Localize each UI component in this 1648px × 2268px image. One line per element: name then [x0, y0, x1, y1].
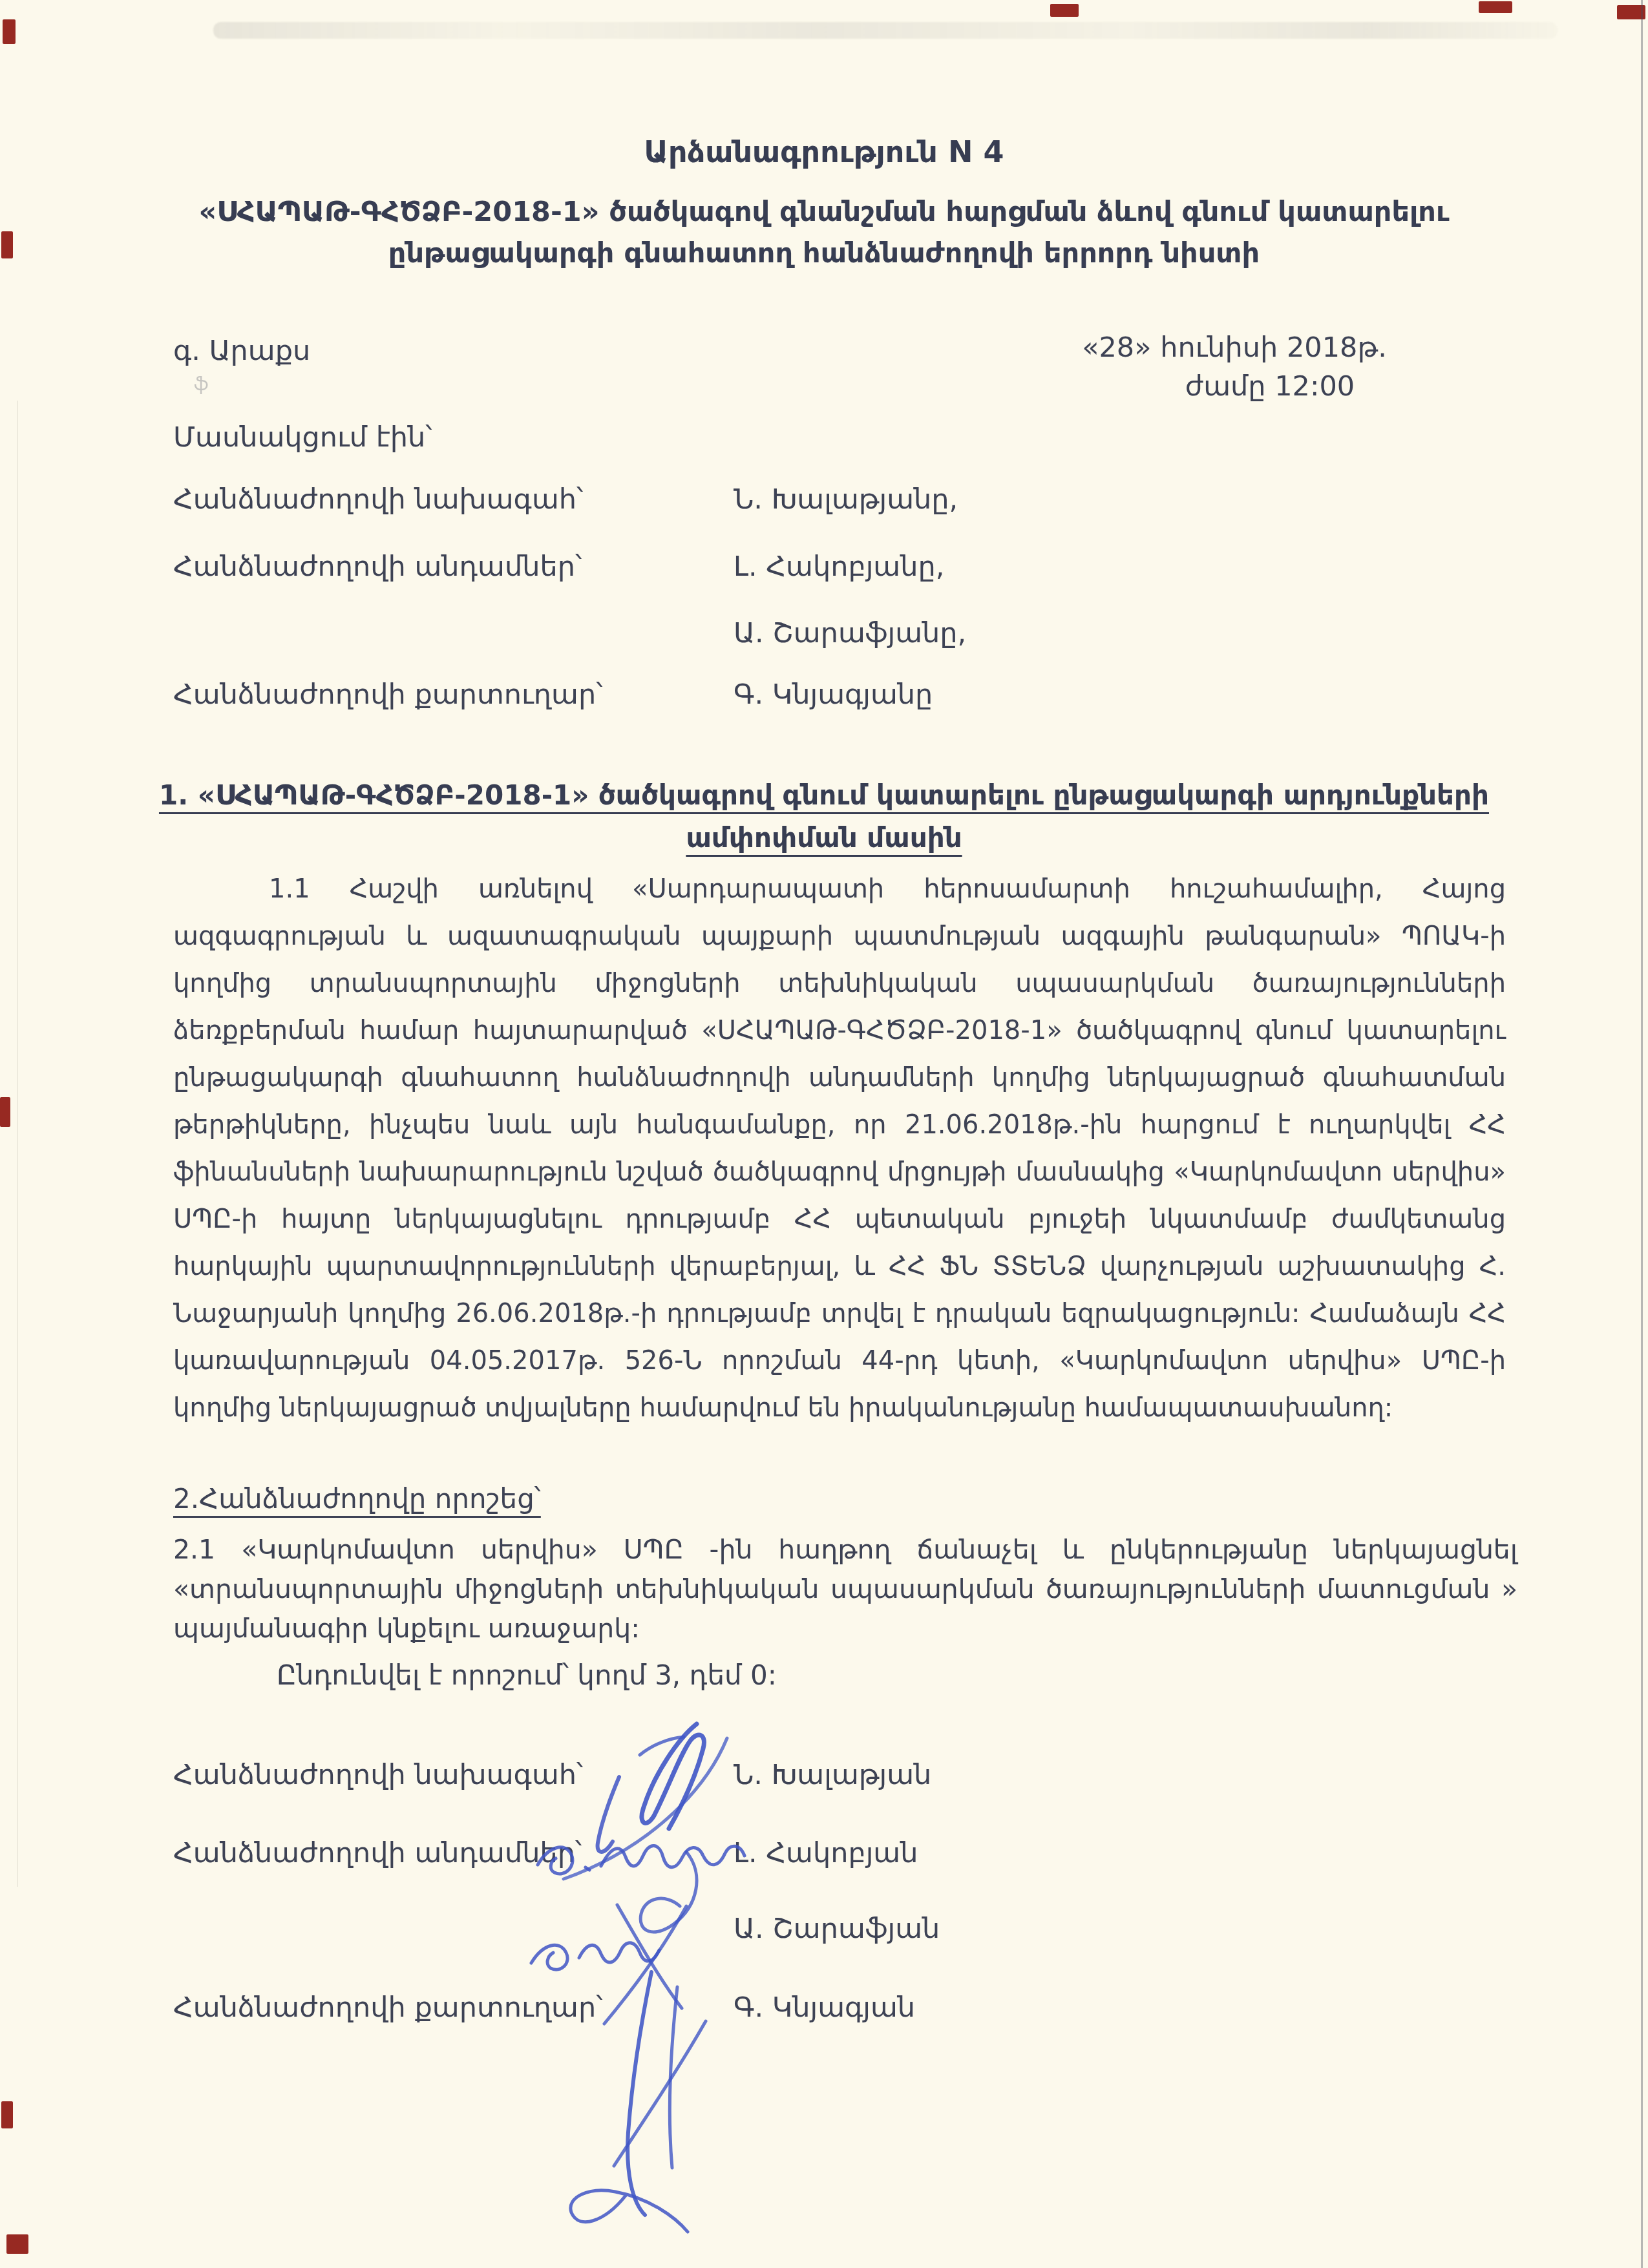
- scan-artifact-red-mark: [0, 1097, 10, 1127]
- section1-heading-text: 1. «ՍՀԱՊԱԹ-ԳՀԾՁԲ-2018-1» ծածկագրով գնում…: [159, 779, 1489, 854]
- scan-edge-line: [1641, 0, 1643, 2268]
- scan-edge-line: [17, 401, 18, 1887]
- signature-row: Հանձնաժողովի նախագահ՝ Ն. Խալաթյան: [173, 1759, 1511, 1796]
- signature-name: Ա. Շարաֆյան: [734, 1913, 940, 1945]
- participant-name: Ա. Շարաֆյանը,: [734, 617, 966, 649]
- scanned-protocol-document: Արձանագրություն N 4 «ՍՀԱՊԱԹ-ԳՀԾՁԲ-2018-1…: [0, 0, 1648, 2268]
- participant-role: Հանձնաժողովի անդամներ՝: [173, 551, 582, 583]
- signature-role: Հանձնաժողովի անդամներ՝: [173, 1837, 582, 1869]
- signature-role: Հանձնաժողովի քարտուղար՝: [173, 1991, 602, 2024]
- participant-row: Հանձնաժողովի անդամներ՝ Լ. Հակոբյանը,: [173, 551, 1511, 588]
- paragraph-2-1: 2.1 «Կարկոմավտո սերվիս» ՍՊԸ -ին հաղթող ճ…: [173, 1530, 1517, 1648]
- document-date-block: «28» հունիսի 2018թ. ժամը 12:00: [1060, 328, 1409, 406]
- signature-row: Հանձնաժողովի քարտուղար՝ Գ. Կնյագյան: [173, 1991, 1511, 2029]
- scan-artifact-red-mark: [1, 231, 13, 258]
- scan-artifact-red-mark: [1479, 1, 1512, 13]
- signature-name: Գ. Կնյագյան: [734, 1991, 915, 2024]
- signature-role: Հանձնաժողովի նախագահ՝: [173, 1759, 583, 1791]
- participant-name: Գ. Կնյագյանը: [734, 678, 933, 711]
- participant-row: Հանձնաժողովի քարտուղար՝ Գ. Կնյագյանը: [173, 678, 1511, 716]
- scan-ghost-mark: ֆ: [194, 373, 209, 395]
- participant-name: Լ. Հակոբյանը,: [734, 551, 944, 583]
- section1-heading: 1. «ՍՀԱՊԱԹ-ԳՀԾՁԲ-2018-1» ծածկագրով գնում…: [152, 774, 1496, 859]
- section2-heading: 2.Հանձնաժողովը որոշեց՝: [173, 1483, 541, 1515]
- document-location: գ. Արաքս: [173, 335, 310, 367]
- scan-artifact-red-mark: [1, 2101, 13, 2128]
- signature-name: Ն. Խալաթյան: [734, 1759, 931, 1791]
- participant-name: Ն. Խալաթյանը,: [734, 483, 958, 516]
- scan-artifact-red-mark: [6, 2234, 28, 2254]
- participant-row: Ա. Շարաֆյանը,: [173, 617, 1511, 655]
- signature-row: Ա. Շարաֆյան: [173, 1913, 1511, 1950]
- participant-role: Հանձնաժողովի նախագահ՝: [173, 483, 583, 516]
- participants-intro: Մասնակցում էին՝: [173, 421, 432, 454]
- document-title: Արձանագրություն N 4: [0, 134, 1648, 169]
- document-date: «28» հունիսի 2018թ.: [1082, 331, 1387, 364]
- paragraph-1-1: 1.1 Հաշվի առնելով «Սարդարապատի հերոսամար…: [173, 866, 1506, 1432]
- participant-role: Հանձնաժողովի քարտուղար՝: [173, 678, 602, 711]
- participant-row: Հանձնաժողովի նախագահ՝ Ն. Խալաթյանը,: [173, 483, 1511, 521]
- signature-name: Լ. Հակոբյան: [734, 1837, 918, 1869]
- signature-row: Հանձնաժողովի անդամներ՝ Լ. Հակոբյան: [173, 1837, 1511, 1874]
- document-subtitle: «ՍՀԱՊԱԹ-ԳՀԾՁԲ-2018-1» ծածկագով գնանշման …: [136, 191, 1512, 274]
- section2-heading-text: 2.Հանձնաժողովը որոշեց՝: [173, 1483, 541, 1515]
- scan-artifact-red-mark: [1050, 4, 1079, 17]
- scan-noise-band: [213, 22, 1558, 39]
- scan-artifact-red-mark: [3, 19, 16, 44]
- document-time: ժամը 12:00: [1095, 367, 1444, 406]
- vote-result-line: Ընդունվել է որոշում՝ կողմ 3, դեմ 0:: [277, 1659, 777, 1691]
